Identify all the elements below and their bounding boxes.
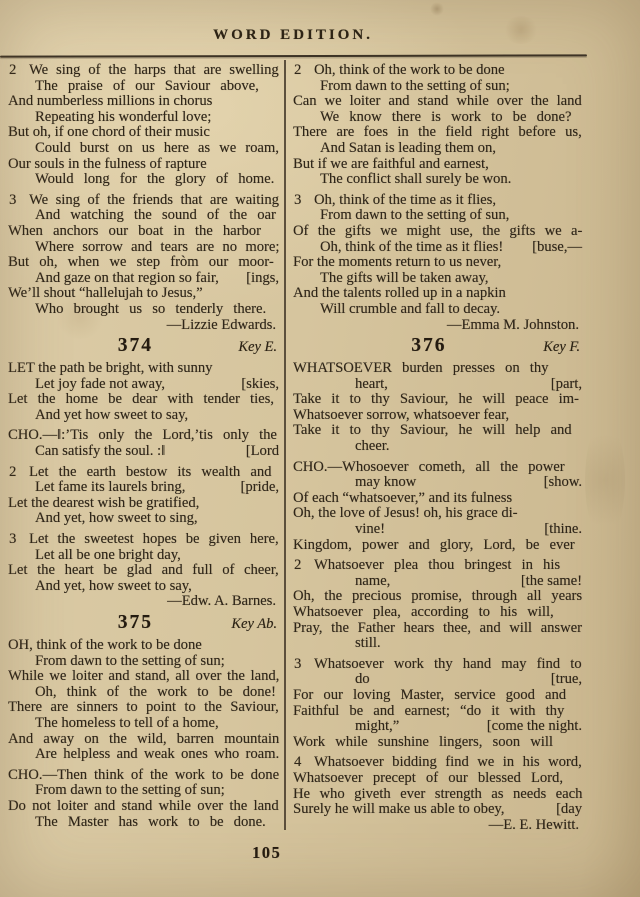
hymn-line: Our souls in the fulness of rapture — [8, 157, 279, 173]
verse-block: 3Oh, think of the time as it flies,From … — [293, 193, 582, 333]
hymn-line: And watching the sound of the oar — [8, 208, 279, 224]
verse-number: 3 — [9, 532, 16, 548]
line-text: do — [355, 672, 370, 688]
hymn-line: And numberless millions in chorus — [8, 94, 279, 110]
verse-block: CHO.—Whosoever cometh, all the powermay … — [293, 460, 582, 554]
header-rule — [0, 54, 587, 58]
line-text: WHATSOEVER burden presses on thy — [293, 361, 548, 377]
line-text: Let all be one bright day, — [35, 548, 181, 564]
hymn-line: And the talents rolled up in a napkin — [293, 286, 582, 302]
verse-block: 4Whatsoever bidding find we in his word,… — [293, 755, 582, 833]
hymn-line: The homeless to tell of a home, — [8, 716, 279, 732]
hymn-line: Oh, the precious promise, through all ye… — [293, 589, 582, 605]
verse-block: 2We sing of the harps that are swellingT… — [8, 63, 279, 188]
hymn-line: Let the dearest wish be gratified, — [8, 496, 279, 512]
hymn-line: Are helpless and weak ones who roam. — [8, 747, 279, 763]
line-text: For the moments return to us never, — [293, 255, 501, 271]
line-text: Let the heart be glad and full of cheer, — [8, 563, 279, 579]
line-text: Let the home be dear with tender ties, — [8, 392, 274, 408]
line-text: Whatsoever sorrow, whatsoever fear, — [293, 408, 509, 424]
line-text: While we loiter and stand, all over the … — [8, 669, 279, 685]
line-text: But oh, when we step fròm our moor- — [8, 255, 274, 271]
carryover-text: [thine. — [540, 522, 582, 538]
verse-number: 3 — [9, 193, 16, 209]
hymn-line: —Emma M. Johnston. — [293, 318, 582, 334]
hymn-line: Oh, think of the time as it flies![buse,… — [293, 240, 582, 256]
verse-number: 2 — [294, 558, 301, 574]
hymn-line: And yet, how sweet to say, — [8, 579, 279, 595]
line-text: And the talents rolled up in a napkin — [293, 286, 506, 302]
hymn-line: Faithful be and earnest; “do it with thy — [293, 704, 582, 720]
carryover-text: [come the night. — [483, 719, 582, 735]
line-text: From dawn to the setting of sun, — [320, 208, 509, 224]
hymn-line: For the moments return to us never, — [293, 255, 582, 271]
hymn-line: When anchors our boat in the harbor — [8, 224, 279, 240]
hymn-line: Oh, the love of Jesus! oh, his grace di- — [293, 506, 582, 522]
line-text: CHO.—Whosoever cometh, all the power — [293, 460, 565, 476]
hymn-line: Of the gifts we might use, the gifts we … — [293, 224, 582, 240]
hymn-line: 3We sing of the friends that are waiting — [8, 193, 279, 209]
line-text: And yet, how sweet to sing, — [35, 511, 198, 527]
line-text: Repeating his wonderful love; — [35, 110, 211, 126]
line-text: Let fame its laurels bring, — [35, 480, 185, 496]
hymn-key: Key E. — [238, 339, 277, 356]
hymn-line: Whatsoever plea, according to his will, — [293, 605, 582, 621]
hymn-line: Repeating his wonderful love; — [8, 110, 279, 126]
hymn-line: heart,[part, — [293, 377, 582, 393]
carryover-text: [Lord — [242, 444, 279, 460]
carryover-text: [skies, — [237, 377, 279, 393]
verse-block: WHATSOEVER burden presses on thyheart,[p… — [293, 361, 582, 455]
hymn-line: —Edw. A. Barnes. — [8, 594, 279, 610]
hymn-line: CHO.—Whosoever cometh, all the power — [293, 460, 582, 476]
hymn-line: Take it to thy Saviour, he will peace im… — [293, 392, 582, 408]
hymn-line: The conflict shall surely be won. — [293, 172, 582, 188]
line-text: may know — [355, 475, 416, 491]
hymn-line: vine![thine. — [293, 522, 582, 538]
line-text: And watching the sound of the oar — [35, 208, 276, 224]
hymn-line: Work while sunshine lingers, soon will — [293, 735, 582, 751]
column-divider — [284, 60, 286, 830]
hymn-line: From dawn to the setting of sun; — [8, 783, 279, 799]
hymn-line: We’ll shout “hallelujah to Jesus,” — [8, 286, 279, 302]
hymn-line: —E. E. Hewitt. — [293, 818, 582, 834]
line-text: Whatsoever bidding find we in his word, — [314, 755, 582, 771]
line-text: OH, think of the work to be done — [8, 638, 202, 654]
line-text: Would long for the glory of home. — [35, 172, 274, 188]
hymn-heading: 374Key E. — [8, 338, 279, 359]
line-text: Let the sweetest hopes be given here, — [29, 532, 279, 548]
hymn-line: Oh, think of the work to be done! — [8, 685, 279, 701]
hymn-line: CHO.—‖:’Tis only the Lord,’tis only the — [8, 428, 279, 444]
line-text: Can we loiter and stand while over the l… — [293, 94, 582, 110]
hymn-line: The praise of our Saviour above, — [8, 79, 279, 95]
line-text: Where sorrow and tears are no more; — [35, 240, 279, 256]
line-text: Whatsoever plea, according to his will, — [293, 605, 554, 621]
hymn-line: And away on the wild, barren mountain — [8, 732, 279, 748]
carryover-text: [day — [552, 802, 582, 818]
line-text: Oh, the love of Jesus! oh, his grace di- — [293, 506, 518, 522]
hymn-line: Let fame its laurels bring,[pride, — [8, 480, 279, 496]
hymn-line: There are foes in the field right before… — [293, 125, 582, 141]
hymn-line: Let joy fade not away,[skies, — [8, 377, 279, 393]
hymn-line: From dawn to the setting of sun; — [293, 79, 582, 95]
paper-stain — [430, 2, 444, 16]
hymn-line: 3Let the sweetest hopes be given here, — [8, 532, 279, 548]
hymn-line: OH, think of the work to be done — [8, 638, 279, 654]
line-text: Who brought us so tenderly there. — [35, 302, 266, 318]
line-text: Let the dearest wish be gratified, — [8, 496, 199, 512]
verse-block: LET the path be bright, with sunnyLet jo… — [8, 361, 279, 423]
line-text: And numberless millions in chorus — [8, 94, 212, 110]
line-text: Faithful be and earnest; “do it with thy — [293, 704, 564, 720]
line-text: Let joy fade not away, — [35, 377, 165, 393]
line-text: —Lizzie Edwards. — [167, 318, 276, 334]
hymn-line: 3Whatsoever work thy hand may find to — [293, 657, 582, 673]
hymn-line: And gaze on that region so fair,[ings, — [8, 271, 279, 287]
line-text: From dawn to the setting of sun; — [320, 79, 510, 95]
hymn-line: There are sinners to point to the Saviou… — [8, 700, 279, 716]
line-text: Kingdom, power and glory, Lord, be ever — [293, 538, 575, 554]
verse-block: 3Whatsoever work thy hand may find todo[… — [293, 657, 582, 751]
right-column: 2Oh, think of the work to be doneFrom da… — [293, 63, 582, 838]
line-text: Our souls in the fulness of rapture — [8, 157, 207, 173]
hymn-line: name,[the same! — [293, 574, 582, 590]
hymn-line: Do not loiter and stand while over the l… — [8, 799, 279, 815]
verse-block: OH, think of the work to be doneFrom daw… — [8, 638, 279, 763]
line-text: —Emma M. Johnston. — [447, 318, 579, 334]
verse-block: 2Oh, think of the work to be doneFrom da… — [293, 63, 582, 188]
hymn-line: 2Oh, think of the work to be done — [293, 63, 582, 79]
hymn-line: But oh, if one chord of their music — [8, 125, 279, 141]
line-text: There are sinners to point to the Saviou… — [8, 700, 279, 716]
hymn-line: Could burst on us here as we roam, — [8, 141, 279, 157]
line-text: CHO.—‖:’Tis only the Lord,’tis only the — [8, 428, 277, 444]
line-text: The Master has work to be done. — [35, 815, 266, 831]
line-text: Take it to thy Saviour, he will help and — [293, 423, 572, 439]
line-text: From dawn to the setting of sun; — [35, 654, 225, 670]
line-text: Can satisfy the soul. :‖ — [35, 444, 165, 460]
line-text: Let the earth bestow its wealth and — [29, 465, 271, 481]
verse-number: 4 — [294, 755, 301, 771]
verse-number: 2 — [9, 63, 16, 79]
hymn-line: CHO.—Then think of the work to be done — [8, 768, 279, 784]
hymn-number: 375 — [118, 612, 153, 634]
line-text: From dawn to the setting of sun; — [35, 783, 225, 799]
line-text: Are helpless and weak ones who roam. — [35, 747, 279, 763]
line-text: The conflict shall surely be won. — [320, 172, 511, 188]
hymn-line: From dawn to the setting of sun, — [293, 208, 582, 224]
line-text: —E. E. Hewitt. — [489, 818, 579, 834]
hymn-line: 2Whatsoever plea thou bringest in his — [293, 558, 582, 574]
hymn-line: Take it to thy Saviour, he will help and — [293, 423, 582, 439]
edition-title: WORD EDITION. — [0, 27, 586, 44]
hymn-line: Let all be one bright day, — [8, 548, 279, 564]
line-text: We sing of the friends that are waiting — [29, 193, 279, 209]
verse-block: 2Let the earth bestow its wealth andLet … — [8, 465, 279, 527]
line-text: And Satan is leading them on, — [320, 141, 496, 157]
verse-block: 3Let the sweetest hopes be given here,Le… — [8, 532, 279, 610]
hymn-line: Pray, the Father hears thee, and will an… — [293, 621, 582, 637]
line-text: The gifts will be taken away, — [320, 271, 488, 287]
verse-number: 2 — [9, 465, 16, 481]
hymn-heading: 375Key Ab. — [8, 615, 279, 636]
hymn-line: do[true, — [293, 672, 582, 688]
hymn-heading: 376Key F. — [293, 338, 582, 359]
line-text: Will crumble and fall to decay. — [320, 302, 500, 318]
line-text: Pray, the Father hears thee, and will an… — [293, 621, 582, 637]
hymn-line: —Lizzie Edwards. — [8, 318, 279, 334]
line-text: Could burst on us here as we roam, — [35, 141, 279, 157]
verse-block: 3We sing of the friends that are waiting… — [8, 193, 279, 333]
line-text: might,” — [355, 719, 399, 735]
hymn-line: Kingdom, power and glory, Lord, be ever — [293, 538, 582, 554]
line-text: Oh, think of the work to be done! — [35, 685, 276, 701]
line-text: Take it to thy Saviour, he will peace im… — [293, 392, 579, 408]
hymn-line: From dawn to the setting of sun; — [8, 654, 279, 670]
hymn-number: 376 — [411, 335, 446, 357]
line-text: There are foes in the field right before… — [293, 125, 582, 141]
line-text: Whatsoever work thy hand may find to — [314, 657, 582, 673]
verse-number: 2 — [294, 63, 301, 79]
line-text: cheer. — [355, 439, 389, 455]
carryover-text: [pride, — [237, 480, 280, 496]
line-text: CHO.—Then think of the work to be done — [8, 768, 279, 784]
hymn-line: And yet, how sweet to sing, — [8, 511, 279, 527]
verse-block: 2Whatsoever plea thou bringest in hisnam… — [293, 558, 582, 652]
line-text: He who giveth ever strength as needs eac… — [293, 787, 582, 803]
line-text: And yet how sweet to say, — [35, 408, 188, 424]
line-text: vine! — [355, 522, 385, 538]
hymn-line: For our loving Master, service good and — [293, 688, 582, 704]
hymn-line: But if we are faithful and earnest, — [293, 157, 582, 173]
hymn-line: WHATSOEVER burden presses on thy — [293, 361, 582, 377]
line-text: The homeless to tell of a home, — [35, 716, 219, 732]
line-text: Oh, the precious promise, through all ye… — [293, 589, 582, 605]
line-text: —Edw. A. Barnes. — [167, 594, 276, 610]
hymn-line: Of each “whatsoever,” and its fulness — [293, 491, 582, 507]
line-text: But if we are faithful and earnest, — [293, 157, 489, 173]
line-text: LET the path be bright, with sunny — [8, 361, 212, 377]
hymn-line: 4Whatsoever bidding find we in his word, — [293, 755, 582, 771]
hymn-line: LET the path be bright, with sunny — [8, 361, 279, 377]
left-column: 2We sing of the harps that are swellingT… — [8, 63, 279, 835]
hymn-line: cheer. — [293, 439, 582, 455]
hymn-number: 374 — [118, 335, 153, 357]
hymn-line: He who giveth ever strength as needs eac… — [293, 787, 582, 803]
hymn-line: Will crumble and fall to decay. — [293, 302, 582, 318]
line-text: Oh, think of the time as it flies, — [314, 193, 496, 209]
line-text: We’ll shout “hallelujah to Jesus,” — [8, 286, 203, 302]
carryover-text: [buse,— — [528, 240, 582, 256]
hymn-line: might,”[come the night. — [293, 719, 582, 735]
hymn-line: may know[show. — [293, 475, 582, 491]
line-text: Whatsoever plea thou bringest in his — [314, 558, 560, 574]
hymn-line: Would long for the glory of home. — [8, 172, 279, 188]
line-text: We sing of the harps that are swelling — [29, 63, 279, 79]
hymn-line: And yet how sweet to say, — [8, 408, 279, 424]
verse-number: 3 — [294, 193, 301, 209]
hymn-line: Can we loiter and stand while over the l… — [293, 94, 582, 110]
line-text: And away on the wild, barren mountain — [8, 732, 279, 748]
line-text: We know there is work to be done? — [320, 110, 571, 126]
line-text: still. — [355, 636, 381, 652]
hymn-line: Let the heart be glad and full of cheer, — [8, 563, 279, 579]
line-text: But oh, if one chord of their music — [8, 125, 210, 141]
hymn-line: We know there is work to be done? — [293, 110, 582, 126]
verse-block: CHO.—Then think of the work to be doneFr… — [8, 768, 279, 830]
line-text: Surely he will make us able to obey, — [293, 802, 504, 818]
hymn-line: The gifts will be taken away, — [293, 271, 582, 287]
verse-number: 3 — [294, 657, 301, 673]
line-text: And gaze on that region so fair, — [35, 271, 219, 287]
line-text: name, — [355, 574, 390, 590]
line-text: Of each “whatsoever,” and its fulness — [293, 491, 512, 507]
hymn-line: Can satisfy the soul. :‖[Lord — [8, 444, 279, 460]
paper-stain — [585, 420, 625, 540]
line-text: Of the gifts we might use, the gifts we … — [293, 224, 582, 240]
hymn-line: The Master has work to be done. — [8, 815, 279, 831]
line-text: Do not loiter and stand while over the l… — [8, 799, 279, 815]
hymn-line: 2We sing of the harps that are swelling — [8, 63, 279, 79]
line-text: For our loving Master, service good and — [293, 688, 566, 704]
line-text: heart, — [355, 377, 388, 393]
hymn-line: Where sorrow and tears are no more; — [8, 240, 279, 256]
carryover-text: [true, — [547, 672, 582, 688]
hymn-key: Key F. — [543, 339, 580, 356]
page-number: 105 — [252, 843, 281, 863]
hymn-line: Whatsoever precept of our blessed Lord, — [293, 771, 582, 787]
line-text: The praise of our Saviour above, — [35, 79, 259, 95]
hymnal-page: WORD EDITION. 2We sing of the harps that… — [0, 0, 640, 897]
carryover-text: [part, — [547, 377, 582, 393]
hymn-line: 2Let the earth bestow its wealth and — [8, 465, 279, 481]
hymn-line: And Satan is leading them on, — [293, 141, 582, 157]
verse-block: CHO.—‖:’Tis only the Lord,’tis only theC… — [8, 428, 279, 459]
line-text: Oh, think of the time as it flies! — [320, 240, 503, 256]
hymn-line: But oh, when we step fròm our moor- — [8, 255, 279, 271]
carryover-text: [ings, — [242, 271, 279, 287]
hymn-line: Let the home be dear with tender ties, — [8, 392, 279, 408]
hymn-line: Whatsoever sorrow, whatsoever fear, — [293, 408, 582, 424]
hymn-key: Key Ab. — [231, 616, 277, 633]
carryover-text: [show. — [540, 475, 582, 491]
hymn-line: Who brought us so tenderly there. — [8, 302, 279, 318]
carryover-text: [the same! — [517, 574, 582, 590]
hymn-line: While we loiter and stand, all over the … — [8, 669, 279, 685]
hymn-line: still. — [293, 636, 582, 652]
line-text: Work while sunshine lingers, soon will — [293, 735, 553, 751]
line-text: When anchors our boat in the harbor — [8, 224, 261, 240]
line-text: Oh, think of the work to be done — [314, 63, 505, 79]
hymn-line: Surely he will make us able to obey,[day — [293, 802, 582, 818]
hymn-line: 3Oh, think of the time as it flies, — [293, 193, 582, 209]
line-text: And yet, how sweet to say, — [35, 579, 192, 595]
line-text: Whatsoever precept of our blessed Lord, — [293, 771, 563, 787]
